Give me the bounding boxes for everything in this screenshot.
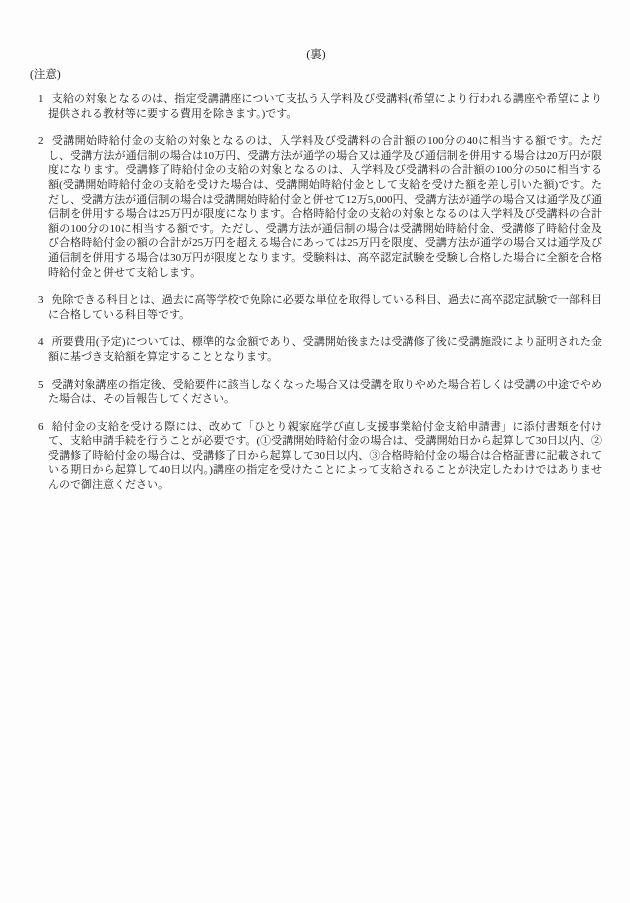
note-item-number: 6 [38,421,44,433]
note-item-text: 受講開始時給付金の支給の対象となるのは、入学料及び受講料の合計額の100分の40… [48,135,602,278]
note-item: 1支給の対象となるのは、指定受講講座について支払う入学料及び受講料(希望により行… [30,92,602,121]
note-item-number: 5 [38,379,44,391]
note-item: 3免除できる科目とは、過去に高等学校で免除に必要な単位を取得している科目、過去に… [30,293,602,322]
note-item: 6給付金の支給を受ける際には、改めて「ひとり親家庭学び直し支援事業給付金支給申請… [30,420,602,493]
note-item-text: 給付金の支給を受ける際には、改めて「ひとり親家庭学び直し支援事業給付金支給申請書… [48,421,602,491]
note-item-text: 免除できる科目とは、過去に高等学校で免除に必要な単位を取得している科目、過去に高… [48,294,602,321]
note-item-number: 2 [38,135,44,147]
note-item-text: 受講対象講座の指定後、受給要件に該当しなくなった場合又は受講を取りやめた場合若し… [48,379,602,406]
note-item: 2受講開始時給付金の支給の対象となるのは、入学料及び受講料の合計額の100分の4… [30,134,602,280]
note-item-number: 1 [38,93,44,105]
notice-header: (注意) [30,68,602,82]
document-page: (裏) (注意) 1支給の対象となるのは、指定受講講座について支払う入学料及び受… [0,0,630,903]
note-item-text: 支給の対象となるのは、指定受講講座について支払う入学料及び受講料(希望により行わ… [48,93,602,120]
note-item-number: 3 [38,294,44,306]
note-item-number: 4 [38,336,44,348]
note-item: 5受講対象講座の指定後、受給要件に該当しなくなった場合又は受講を取りやめた場合若… [30,378,602,407]
page-side-label: (裏) [30,48,602,62]
note-item-text: 所要費用(予定)については、標準的な金額であり、受講開始後または受講修了後に受講… [48,336,602,363]
note-item: 4所要費用(予定)については、標準的な金額であり、受講開始後または受講修了後に受… [30,335,602,364]
